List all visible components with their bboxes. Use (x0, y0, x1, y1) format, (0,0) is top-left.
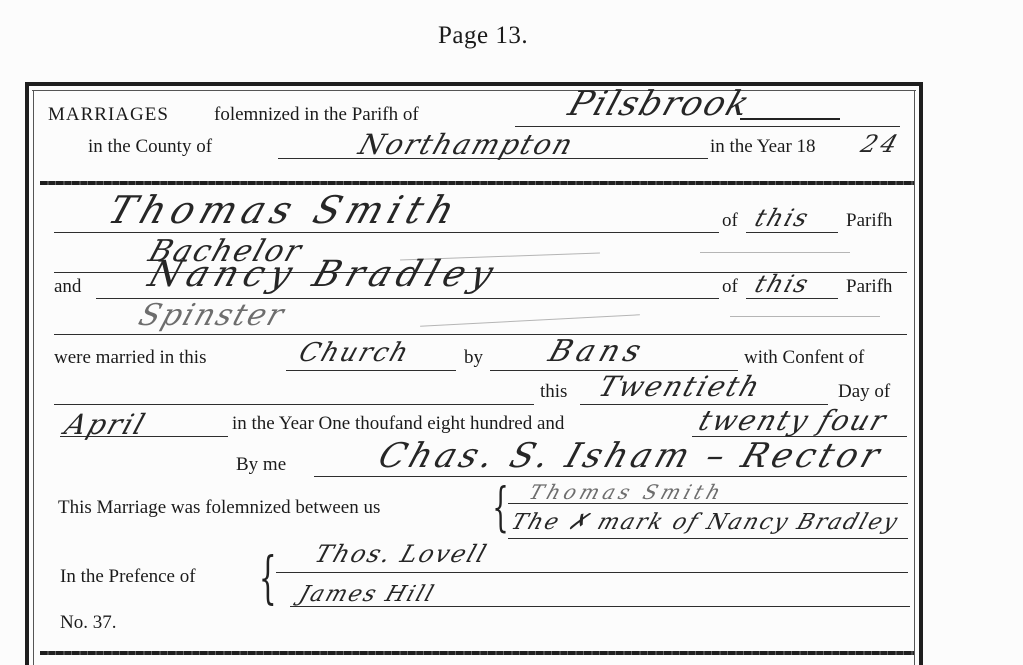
groom-signature[interactable]: Thomas Smith (526, 480, 728, 504)
presence-label: In the Prefence of (60, 566, 196, 588)
parish-field-line (515, 126, 900, 127)
between-label: This Marriage was folemnized between us (58, 497, 380, 519)
parish-value[interactable]: Pilsbrook (564, 84, 757, 124)
bride-status[interactable]: Spinster (134, 298, 290, 333)
entry-number: No. 37. (60, 612, 116, 634)
year-words-value[interactable]: twenty four (695, 404, 892, 437)
witness-1[interactable]: Thos. Lovell (311, 540, 491, 568)
consent-line (54, 404, 534, 405)
year-words-label: in the Year One thoufand eight hundred a… (232, 413, 564, 435)
groom-parish-line (746, 232, 838, 233)
year-label: in the Year 18 (710, 136, 816, 158)
by-me-label: By me (236, 454, 286, 476)
consent-label: with Confent of (744, 347, 864, 369)
method-value[interactable]: Bans (544, 334, 650, 369)
bride-parish-line (746, 298, 838, 299)
county-value[interactable]: Northampton (355, 128, 579, 161)
and-label: and (54, 276, 81, 298)
witness-1-line (276, 572, 908, 573)
groom-parish-label: Parifh (846, 210, 892, 232)
page-title: Page 13. (438, 22, 528, 50)
groom-name[interactable]: Thomas Smith (103, 188, 466, 232)
this-label: this (540, 381, 567, 403)
witness-2[interactable]: James Hill (296, 582, 439, 607)
month-value[interactable]: April (61, 408, 151, 441)
groom-of-label: of (722, 210, 738, 232)
bride-status-line (54, 334, 907, 335)
bride-of-label: of (722, 276, 738, 298)
place-value[interactable]: Church (295, 338, 414, 368)
between-brace: { (492, 478, 509, 538)
officiant-line (314, 476, 907, 477)
place-line (286, 370, 456, 371)
bride-signature[interactable]: The ✗ mark of Nancy Bradley (508, 510, 902, 535)
bride-parish-label: Parifh (846, 276, 892, 298)
bride-parish[interactable]: this (751, 270, 813, 298)
section-divider-bottom (40, 651, 914, 655)
bride-name[interactable]: Nancy Bradley (143, 254, 504, 295)
presence-brace: { (259, 546, 277, 611)
bride-signature-line (508, 538, 908, 539)
section-divider-top (40, 181, 914, 185)
parish-label: folemnized in the Parifh of (214, 104, 419, 126)
day-of-label: Day of (838, 381, 890, 403)
day-value[interactable]: Twentieth (595, 370, 766, 403)
groom-parish[interactable]: this (751, 204, 813, 232)
by-label: by (464, 347, 483, 369)
officiant-value[interactable]: Chas. S. Isham – Rector (374, 436, 889, 476)
marriages-heading: MARRIAGES (48, 104, 169, 126)
county-label: in the County of (88, 136, 212, 158)
groom-name-line (54, 232, 719, 233)
parish-flourish (740, 118, 840, 120)
married-in-label: were married in this (54, 347, 206, 369)
year-value[interactable]: 24 (857, 130, 905, 158)
